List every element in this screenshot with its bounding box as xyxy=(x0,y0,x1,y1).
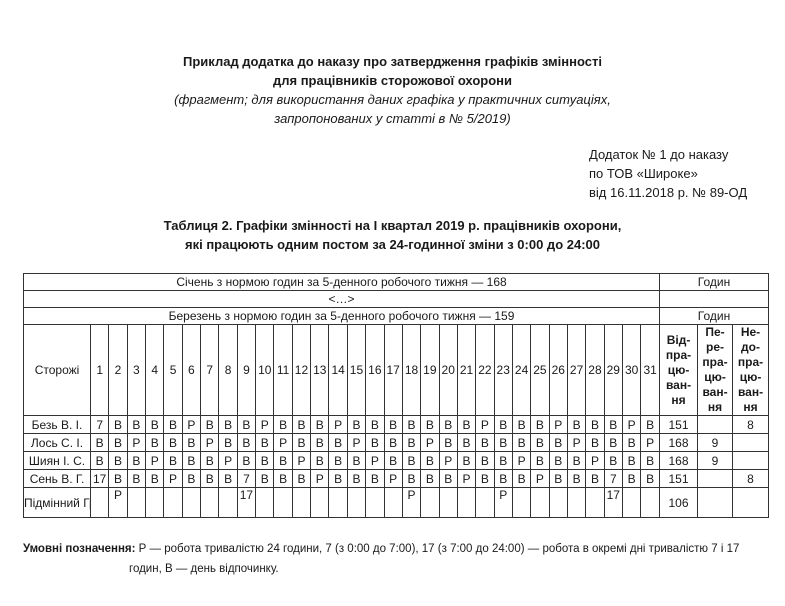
day-header: 1 xyxy=(91,325,109,416)
day-cell: В xyxy=(476,470,494,488)
day-cell: Р xyxy=(531,470,549,488)
day-cell xyxy=(641,488,660,518)
day-header: 12 xyxy=(292,325,310,416)
name-header: Сторожі xyxy=(24,325,91,416)
day-cell: В xyxy=(274,452,292,470)
day-cell: В xyxy=(457,452,475,470)
guard-name: Сень В. Г. xyxy=(24,470,91,488)
appendix-line-1: Додаток № 1 до наказу xyxy=(589,145,747,164)
day-header: 13 xyxy=(311,325,329,416)
day-header: 22 xyxy=(476,325,494,416)
january-hours-label: Годин xyxy=(660,274,769,291)
table-row: Безь В. І.7ВВВВРВВВРВВВРВВВВВВВРВВВРВВВР… xyxy=(24,416,769,434)
heading-line-4: запропонованих у статті в № 5/2019) xyxy=(0,109,785,128)
day-cell: В xyxy=(329,470,347,488)
table-row: Підмінний Гриб В. АР17РР17106 xyxy=(24,488,769,518)
day-cell xyxy=(531,488,549,518)
day-cell: В xyxy=(622,470,640,488)
worked-cell: 106 xyxy=(660,488,698,518)
day-cell: В xyxy=(256,470,274,488)
day-cell: В xyxy=(476,452,494,470)
day-cell: В xyxy=(439,470,457,488)
day-cell: В xyxy=(109,416,127,434)
day-cell: В xyxy=(182,434,200,452)
day-cell: В xyxy=(274,416,292,434)
day-cell xyxy=(311,488,329,518)
overtime-cell xyxy=(698,470,733,488)
january-norm: Січень з нормою годин за 5-денного робоч… xyxy=(24,274,660,291)
day-cell: В xyxy=(127,452,145,470)
day-cell: В xyxy=(641,470,660,488)
day-cell: В xyxy=(586,416,604,434)
day-cell: В xyxy=(256,434,274,452)
heading-line-3: (фрагмент; для використання даних графік… xyxy=(0,90,785,109)
day-cell: В xyxy=(402,434,420,452)
day-cell: В xyxy=(201,452,219,470)
day-cell xyxy=(329,488,347,518)
day-cell: Р xyxy=(622,416,640,434)
shift-schedule-table: Січень з нормою годин за 5-денного робоч… xyxy=(23,273,769,518)
undertime-cell xyxy=(733,434,769,452)
day-cell: В xyxy=(641,452,660,470)
day-header: 3 xyxy=(127,325,145,416)
day-cell: Р xyxy=(127,434,145,452)
day-cell: В xyxy=(366,434,384,452)
day-cell xyxy=(421,488,439,518)
day-cell: 17 xyxy=(91,470,109,488)
legend: Умовні позначення: Р — робота тривалістю… xyxy=(23,539,783,579)
overtime-header: Пе- ре- пра- цю- ван- ня xyxy=(698,325,733,416)
legend-label: Умовні позначення: xyxy=(23,543,135,555)
heading-line-2: для працівників сторожової охорони xyxy=(0,71,785,90)
day-cell: Р xyxy=(494,488,512,518)
day-cell: В xyxy=(164,416,182,434)
day-cell: В xyxy=(531,452,549,470)
legend-text: Р — робота тривалістю 24 години, 7 (з 0:… xyxy=(139,543,740,555)
day-cell: В xyxy=(421,470,439,488)
day-header: 31 xyxy=(641,325,660,416)
day-cell: В xyxy=(421,416,439,434)
day-cell xyxy=(219,488,237,518)
day-cell: В xyxy=(384,452,402,470)
day-header: 11 xyxy=(274,325,292,416)
day-cell: 7 xyxy=(237,470,255,488)
day-cell: Р xyxy=(586,452,604,470)
day-cell: Р xyxy=(182,416,200,434)
january-row: Січень з нормою годин за 5-денного робоч… xyxy=(24,274,769,291)
worked-cell: 168 xyxy=(660,452,698,470)
day-cell xyxy=(384,488,402,518)
march-hours-label: Годин xyxy=(660,308,769,325)
day-cell: В xyxy=(237,416,255,434)
day-header: 5 xyxy=(164,325,182,416)
day-cell: В xyxy=(292,470,310,488)
table-title-line-2: які працюють одним постом за 24-годинної… xyxy=(0,235,785,254)
day-header: 28 xyxy=(586,325,604,416)
worked-cell: 151 xyxy=(660,416,698,434)
day-cell: В xyxy=(402,470,420,488)
day-cell: Р xyxy=(256,416,274,434)
day-cell: В xyxy=(182,470,200,488)
table-title: Таблиця 2. Графіки змінності на І кварта… xyxy=(0,216,785,254)
day-cell: В xyxy=(549,434,567,452)
day-cell xyxy=(201,488,219,518)
day-cell xyxy=(457,488,475,518)
day-cell: Р xyxy=(219,452,237,470)
day-cell: 7 xyxy=(91,416,109,434)
day-cell: В xyxy=(439,416,457,434)
day-cell: В xyxy=(604,434,622,452)
day-header: 19 xyxy=(421,325,439,416)
day-header: 4 xyxy=(146,325,164,416)
guard-name: Шиян І. С. xyxy=(24,452,91,470)
day-cell: Р xyxy=(549,416,567,434)
legend-text-continued: годин, В — день відпочинку. xyxy=(23,559,783,579)
day-cell: Р xyxy=(512,452,530,470)
day-cell xyxy=(127,488,145,518)
day-cell: В xyxy=(494,470,512,488)
ellipsis: <…> xyxy=(24,291,660,308)
day-cell: В xyxy=(549,452,567,470)
day-cell: В xyxy=(127,470,145,488)
day-cell: Р xyxy=(421,434,439,452)
day-cell: В xyxy=(512,416,530,434)
day-cell: В xyxy=(622,452,640,470)
day-cell: В xyxy=(531,416,549,434)
worked-cell: 168 xyxy=(660,434,698,452)
day-header: 21 xyxy=(457,325,475,416)
overtime-cell: 9 xyxy=(698,452,733,470)
overtime-cell xyxy=(698,488,733,518)
day-cell: В xyxy=(237,434,255,452)
day-cell: В xyxy=(274,470,292,488)
day-cell xyxy=(366,488,384,518)
day-cell: В xyxy=(201,416,219,434)
day-cell xyxy=(622,488,640,518)
day-cell: В xyxy=(641,416,660,434)
day-cell: В xyxy=(567,470,585,488)
day-header: 24 xyxy=(512,325,530,416)
day-cell: Р xyxy=(347,434,365,452)
day-header: 23 xyxy=(494,325,512,416)
day-cell: В xyxy=(91,452,109,470)
day-cell xyxy=(256,488,274,518)
day-cell: В xyxy=(146,416,164,434)
day-header: 2 xyxy=(109,325,127,416)
day-cell: В xyxy=(457,434,475,452)
guard-name: Лось С. І. xyxy=(24,434,91,452)
day-cell: В xyxy=(549,470,567,488)
day-cell: В xyxy=(622,434,640,452)
day-cell: В xyxy=(531,434,549,452)
undertime-cell xyxy=(733,488,769,518)
overtime-cell xyxy=(698,416,733,434)
undertime-header: Не- до- пра- цю- ван- ня xyxy=(733,325,769,416)
day-cell: В xyxy=(109,452,127,470)
day-cell: В xyxy=(347,416,365,434)
day-cell xyxy=(567,488,585,518)
day-cell: Р xyxy=(109,488,127,518)
day-header: 16 xyxy=(366,325,384,416)
ellipsis-hours-empty xyxy=(660,291,769,308)
day-cell xyxy=(146,488,164,518)
day-cell: В xyxy=(164,434,182,452)
day-cell xyxy=(182,488,200,518)
day-cell: В xyxy=(604,452,622,470)
day-cell xyxy=(164,488,182,518)
day-cell: В xyxy=(457,416,475,434)
day-cell: В xyxy=(586,470,604,488)
day-cell: В xyxy=(512,434,530,452)
day-cell: Р xyxy=(201,434,219,452)
day-cell xyxy=(586,488,604,518)
day-cell: В xyxy=(347,452,365,470)
day-cell: В xyxy=(311,434,329,452)
day-cell: В xyxy=(164,452,182,470)
appendix-line-3: від 16.11.2018 р. № 89-ОД xyxy=(589,183,747,202)
day-cell: Р xyxy=(311,470,329,488)
undertime-cell: 8 xyxy=(733,470,769,488)
heading-line-1: Приклад додатка до наказу про затверджен… xyxy=(0,52,785,71)
ellipsis-row: <…> xyxy=(24,291,769,308)
day-cell: В xyxy=(421,452,439,470)
day-cell: Р xyxy=(329,416,347,434)
day-header: 17 xyxy=(384,325,402,416)
day-cell: В xyxy=(292,416,310,434)
day-cell: Р xyxy=(567,434,585,452)
day-cell: Р xyxy=(274,434,292,452)
day-cell: Р xyxy=(292,452,310,470)
day-cell: В xyxy=(109,434,127,452)
day-cell: В xyxy=(402,452,420,470)
worked-cell: 151 xyxy=(660,470,698,488)
day-cell: В xyxy=(329,452,347,470)
day-header: 30 xyxy=(622,325,640,416)
day-cell: 17 xyxy=(604,488,622,518)
day-header: 27 xyxy=(567,325,585,416)
day-cell xyxy=(91,488,109,518)
day-cell: В xyxy=(494,434,512,452)
day-cell: В xyxy=(219,470,237,488)
day-cell: Р xyxy=(439,452,457,470)
day-header: 25 xyxy=(531,325,549,416)
day-cell xyxy=(476,488,494,518)
day-cell: В xyxy=(311,452,329,470)
day-cell: В xyxy=(567,452,585,470)
undertime-cell: 8 xyxy=(733,416,769,434)
overtime-cell: 9 xyxy=(698,434,733,452)
day-cell: В xyxy=(237,452,255,470)
appendix-line-2: по ТОВ «Широке» xyxy=(589,164,747,183)
day-header: 20 xyxy=(439,325,457,416)
day-header: 7 xyxy=(201,325,219,416)
day-cell: В xyxy=(127,416,145,434)
day-cell: Р xyxy=(476,416,494,434)
day-cell: В xyxy=(586,434,604,452)
day-cell xyxy=(292,488,310,518)
day-header: 8 xyxy=(219,325,237,416)
day-cell: В xyxy=(201,470,219,488)
document-heading: Приклад додатка до наказу про затверджен… xyxy=(0,52,785,128)
day-cell xyxy=(512,488,530,518)
day-cell: В xyxy=(182,452,200,470)
day-header: 15 xyxy=(347,325,365,416)
day-cell: 17 xyxy=(237,488,255,518)
day-cell: В xyxy=(329,434,347,452)
day-cell: В xyxy=(402,416,420,434)
day-cell: Р xyxy=(366,452,384,470)
day-cell: В xyxy=(91,434,109,452)
guard-name: Підмінний Гриб В. А xyxy=(24,488,91,518)
day-cell xyxy=(549,488,567,518)
appendix-reference: Додаток № 1 до наказу по ТОВ «Широке» ві… xyxy=(589,145,747,202)
day-cell: В xyxy=(384,416,402,434)
day-cell: В xyxy=(146,434,164,452)
day-header: 29 xyxy=(604,325,622,416)
day-cell: В xyxy=(219,416,237,434)
table-title-line-1: Таблиця 2. Графіки змінності на І кварта… xyxy=(0,216,785,235)
day-cell: В xyxy=(292,434,310,452)
day-header: 6 xyxy=(182,325,200,416)
day-cell: В xyxy=(146,470,164,488)
table-row: Шиян І. С.ВВВРВВВРВВВРВВВРВВВРВВВРВВВРВВ… xyxy=(24,452,769,470)
day-cell: В xyxy=(476,434,494,452)
undertime-cell xyxy=(733,452,769,470)
day-header: 26 xyxy=(549,325,567,416)
day-cell: В xyxy=(567,416,585,434)
day-cell: Р xyxy=(641,434,660,452)
day-header: 10 xyxy=(256,325,274,416)
day-cell: В xyxy=(439,434,457,452)
day-cell: В xyxy=(366,470,384,488)
table-row: Сень В. Г.17ВВВРВВВ7ВВВРВВВРВВВРВВВРВВВ7… xyxy=(24,470,769,488)
day-cell: В xyxy=(311,416,329,434)
day-cell: В xyxy=(219,434,237,452)
day-cell: В xyxy=(494,416,512,434)
day-cell: В xyxy=(256,452,274,470)
day-cell: Р xyxy=(457,470,475,488)
day-cell: В xyxy=(109,470,127,488)
day-cell xyxy=(347,488,365,518)
day-cell xyxy=(274,488,292,518)
march-norm: Березень з нормою годин за 5-денного роб… xyxy=(24,308,660,325)
day-header: 9 xyxy=(237,325,255,416)
day-cell: 7 xyxy=(604,470,622,488)
guard-name: Безь В. І. xyxy=(24,416,91,434)
day-cell: В xyxy=(512,470,530,488)
day-header: 18 xyxy=(402,325,420,416)
day-cell: В xyxy=(604,416,622,434)
day-cell: Р xyxy=(164,470,182,488)
worked-header: Від- пра- цю- ван- ня xyxy=(660,325,698,416)
day-cell: Р xyxy=(402,488,420,518)
day-cell: В xyxy=(366,416,384,434)
day-header: 14 xyxy=(329,325,347,416)
header-row: Сторожі 12345678910111213141516171819202… xyxy=(24,325,769,416)
day-cell xyxy=(439,488,457,518)
day-cell: В xyxy=(347,470,365,488)
day-cell: В xyxy=(384,434,402,452)
day-cell: Р xyxy=(384,470,402,488)
march-row: Березень з нормою годин за 5-денного роб… xyxy=(24,308,769,325)
day-cell: В xyxy=(494,452,512,470)
day-cell: Р xyxy=(146,452,164,470)
table-row: Лось С. І.ВВРВВВРВВВРВВВРВВВРВВВВВВВРВВВ… xyxy=(24,434,769,452)
